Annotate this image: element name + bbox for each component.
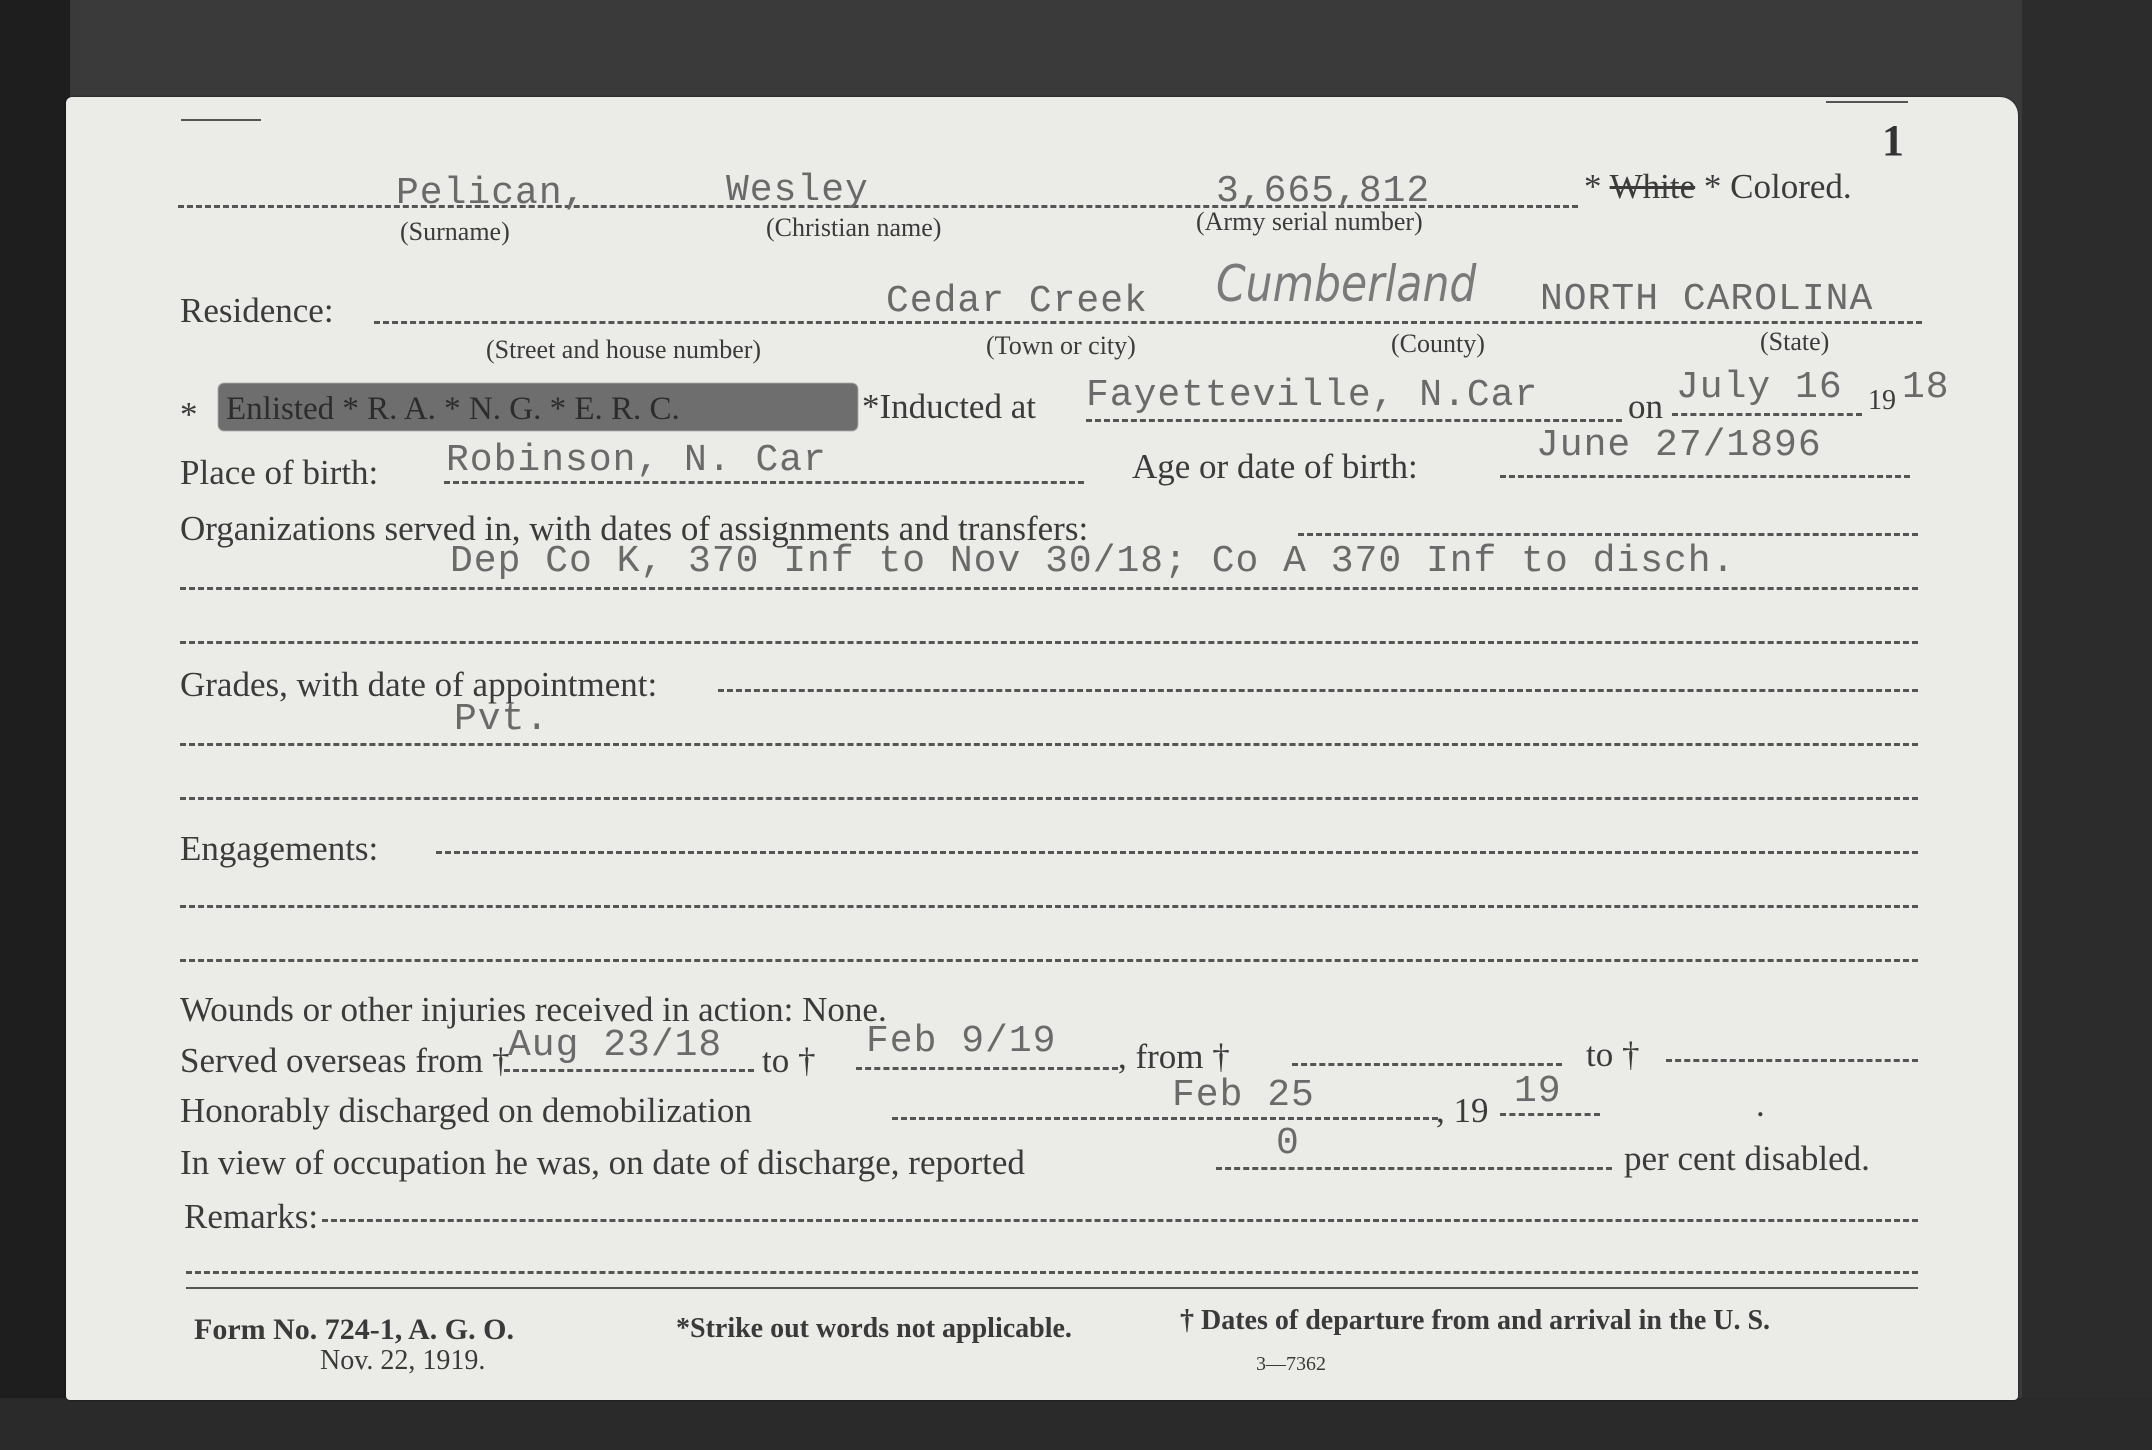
remarks-label: Remarks: xyxy=(184,1199,318,1234)
overseas-to-line xyxy=(856,1067,1118,1070)
overseas-to2-label: to † xyxy=(1586,1037,1639,1072)
town-value: Cedar Creek xyxy=(886,283,1148,321)
discharge-year-prefix: , 19 xyxy=(1436,1093,1489,1128)
state-label: (State) xyxy=(1760,329,1829,355)
birth-date-value: June 27/1896 xyxy=(1536,427,1822,465)
christian-name-value: Wesley xyxy=(726,172,869,210)
discharge-date-value: Feb 25 xyxy=(1172,1077,1315,1115)
remarks-line-1 xyxy=(186,1271,1918,1274)
print-code: 3—7362 xyxy=(1256,1353,1326,1376)
grades-line-2 xyxy=(180,797,1918,800)
asterisk: * xyxy=(1704,167,1722,206)
scan-background-bottom xyxy=(0,1398,2152,1450)
overseas-from-value: Aug 23/18 xyxy=(508,1027,722,1065)
organizations-value-1: Dep Co K, 370 Inf to Nov 30/18; Co A 370… xyxy=(450,543,1735,581)
disability-value: 0 xyxy=(1276,1125,1300,1163)
scan-background-right xyxy=(2022,0,2152,1450)
grades-line-0 xyxy=(718,689,1918,692)
discharge-date-line xyxy=(892,1117,1438,1120)
street-label: (Street and house number) xyxy=(486,337,761,363)
birth-place-value: Robinson, N. Car xyxy=(446,442,827,480)
remarks-line-0 xyxy=(322,1219,1918,1222)
overseas-to-label: to † xyxy=(762,1043,815,1078)
inducted-place-value: Fayetteville, N.Car xyxy=(1086,377,1538,415)
serial-number-value: 3,665,812 xyxy=(1216,173,1430,211)
overseas-label: Served overseas from † xyxy=(180,1043,509,1078)
top-right-mark xyxy=(1826,101,1908,103)
on-label: on xyxy=(1628,389,1663,424)
wounds-label: Wounds or other injuries received in act… xyxy=(180,992,887,1027)
race-options: * White * Colored. xyxy=(1584,169,1852,204)
inducted-year-prefix: 19 xyxy=(1868,387,1896,415)
residence-label: Residence: xyxy=(180,293,334,328)
struck-enlistment-options: Enlisted * R. A. * N. G. * E. R. C. xyxy=(226,391,680,428)
form-date: Nov. 22, 1919. xyxy=(320,1345,485,1377)
overseas-from2-line xyxy=(1292,1063,1562,1066)
inducted-date-line xyxy=(1672,413,1862,416)
surname-value: Pelican, xyxy=(396,175,586,213)
race-colored: Colored. xyxy=(1730,167,1852,206)
overseas-from-line xyxy=(504,1069,754,1072)
discharge-year-line xyxy=(1500,1113,1600,1116)
engagements-line-0 xyxy=(436,851,1918,854)
scan-background-left xyxy=(0,0,70,1450)
serial-number-label: (Army serial number) xyxy=(1196,209,1423,235)
discharge-label: Honorably discharged on demobilization xyxy=(180,1093,752,1128)
county-value: Cumberland xyxy=(1216,259,1476,309)
engagements-label: Engagements: xyxy=(180,831,378,866)
engagements-line-2 xyxy=(180,959,1918,962)
state-value: NORTH CAROLINA xyxy=(1540,281,1873,319)
birth-date-label: Age or date of birth: xyxy=(1132,449,1418,484)
inducted-place-line xyxy=(1086,419,1622,422)
overseas-to-value: Feb 9/19 xyxy=(866,1023,1056,1061)
overseas-from2-label: , from † xyxy=(1118,1039,1230,1074)
card-number: 1 xyxy=(1882,115,1904,166)
disability-line xyxy=(1216,1167,1612,1170)
disability-suffix: per cent disabled. xyxy=(1624,1141,1870,1176)
christian-name-label: (Christian name) xyxy=(766,215,941,241)
birth-date-line xyxy=(1500,475,1910,478)
disability-label: In view of occupation he was, on date of… xyxy=(180,1145,1025,1180)
service-record-card: 1 Pelican, Wesley (Surname) (Christian n… xyxy=(66,97,2018,1400)
organizations-line-0 xyxy=(1298,533,1918,536)
discharge-year-value: 19 xyxy=(1514,1073,1562,1111)
stray-dot: . xyxy=(1756,1087,1765,1122)
asterisk: * xyxy=(1584,167,1602,206)
grades-label: Grades, with date of appointment: xyxy=(180,667,657,702)
residence-line xyxy=(374,321,1922,324)
town-label: (Town or city) xyxy=(986,333,1136,359)
footer-divider xyxy=(186,1287,1918,1289)
grades-line-1 xyxy=(180,743,1918,746)
organizations-line-1 xyxy=(180,587,1918,590)
birth-place-label: Place of birth: xyxy=(180,455,378,490)
top-left-mark xyxy=(181,119,261,121)
county-label: (County) xyxy=(1391,331,1485,357)
race-white-struck: White xyxy=(1610,167,1696,206)
inducted-label: *Inducted at xyxy=(862,389,1036,424)
status-asterisk: * xyxy=(180,397,198,432)
grades-value-1: Pvt. xyxy=(454,701,549,739)
strike-out-note: *Strike out words not applicable. xyxy=(676,1313,1072,1345)
surname-label: (Surname) xyxy=(400,219,510,245)
inducted-date-value: July 16 xyxy=(1676,369,1843,407)
form-number: Form No. 724-1, A. G. O. xyxy=(194,1313,514,1347)
inducted-year-value: 18 xyxy=(1902,369,1950,407)
organizations-line-2 xyxy=(180,641,1918,644)
dates-note: † Dates of departure from and arrival in… xyxy=(1180,1305,1770,1337)
engagements-line-1 xyxy=(180,905,1918,908)
overseas-to2-line xyxy=(1666,1059,1918,1062)
